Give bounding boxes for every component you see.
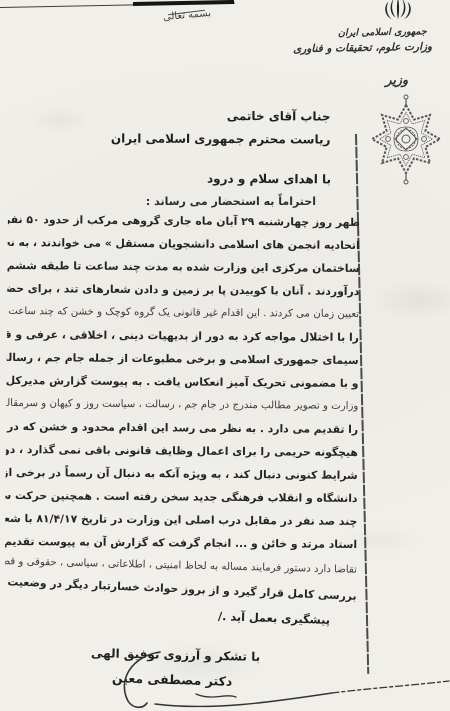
iran-national-emblem-icon [378, 0, 418, 27]
opening-line: احتراماً به استحضار می رساند : [146, 195, 316, 208]
body-line: و با مضمونی تحریک آمیز انعکاس یافت . به … [6, 370, 358, 396]
recipient-name: جناب آقای خاتمی [111, 104, 331, 128]
body-line: تعیین زمان می کردند . این اقدام غیر قانو… [7, 301, 359, 327]
body-line: وزارت و تصویر مطالب مندرج در جام جم ، رس… [6, 393, 358, 419]
letter-body: ظهر روز چهارشنبه ۲۹ آبان ماه جاری گروهی … [5, 209, 360, 603]
body-line: ظهر روز چهارشنبه ۲۹ آبان ماه جاری گروهی … [8, 209, 360, 235]
body-line: چند صد نفر در مقابل درب اصلی این وزارت د… [5, 508, 357, 534]
closing-line: پیشگیری بعمل آید ./ [218, 610, 330, 627]
letterhead-ministry: وزارت علوم، تحقیقات و فناوری [293, 41, 432, 55]
eight-point-star-medallion-icon [366, 91, 446, 191]
body-line: درآوردند . آنان با کوبیدن پا بر زمین و د… [7, 278, 359, 304]
body-line: هیچگونه حریمی را برای اعمال وظایف قانونی… [6, 439, 358, 465]
body-line: شرایط کنونی دنبال کند ، به ویژه آنکه به … [6, 462, 358, 488]
body-line: ساختمان مرکزی این وزارت شده به مدت چند س… [7, 255, 359, 281]
recipient-block: جناب آقای خاتمی ریاست محترم جمهوری اسلام… [110, 104, 330, 151]
handwritten-basmala: بسمه تعالی [163, 8, 212, 23]
handwritten-signature-icon [100, 640, 450, 711]
recipient-title: ریاست محترم جمهوری اسلامی ایران [110, 127, 330, 151]
scanned-letter-page: بسمه تعالی جمهوری اسلامی ایران وزارت علو… [0, 0, 450, 711]
body-line: دانشگاه و انقلاب فرهنگی جدید سخن رفته اس… [5, 485, 357, 511]
letterhead-republic: جمهوری اسلامی ایران [338, 26, 427, 39]
letterhead-minister-title: وزیر [386, 72, 408, 87]
body-line: سیمای جمهوری اسلامی و برخی مطبوعات از جم… [7, 347, 359, 373]
body-line: را با اختلال مواجه کرد به دور از بدیهیات… [7, 324, 359, 350]
greeting-line: با اهدای سلام و درود [207, 172, 331, 187]
body-line: را تقدیم می دارد . به نظر می رسد این اقد… [6, 416, 358, 442]
body-line: اتحادیه انجمن های اسلامی دانشجویان مستقل… [8, 232, 360, 258]
